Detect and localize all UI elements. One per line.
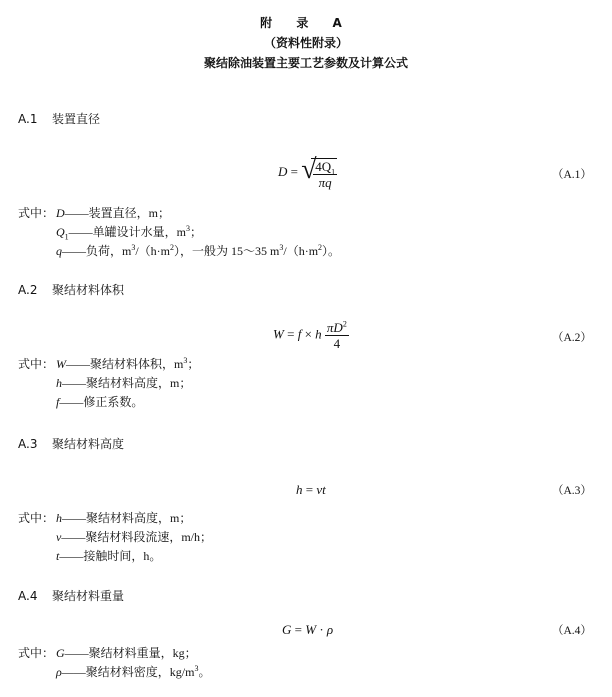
superscript: 2 <box>343 320 347 329</box>
formula-equals: = <box>295 622 302 637</box>
where-label: 式中： <box>18 509 54 528</box>
definition-item: v——聚结材料段流速，m/h； <box>56 528 212 547</box>
formula-term: f <box>298 326 302 341</box>
equation-number: （A.4） <box>552 622 592 638</box>
section-number: A.1 <box>18 112 52 126</box>
definition-item: f——修正系数。 <box>56 393 143 412</box>
section-title: 聚结材料体积 <box>52 283 124 297</box>
formula-equals: = <box>291 164 298 179</box>
definitions-a4: 式中： G——聚结材料重量，kg； ρ——聚结材料密度，kg/m3。 <box>18 644 598 686</box>
where-label: 式中： <box>18 644 54 663</box>
formula-equals: = <box>287 326 294 341</box>
definition-item: W——聚结材料体积，m3； <box>56 355 199 374</box>
definition-item: t——接触时间，h。 <box>56 547 161 566</box>
formula-a2: W = f × h πD2 4 <box>273 320 349 351</box>
radical-sign: √ <box>301 154 316 186</box>
section-heading-a1: A.1装置直径 <box>18 110 100 127</box>
formula-a4: G = W · ρ <box>282 622 333 638</box>
equation-number: （A.3） <box>552 482 592 498</box>
definition-item: q——负荷，m3/（h·m2），一般为 15～35 m3/（h·m2）。 <box>56 242 340 261</box>
section-number: A.3 <box>18 437 52 451</box>
definitions-a2: 式中： W——聚结材料体积，m3； h——聚结材料高度，m； f——修正系数。 <box>18 355 598 415</box>
appendix-heading: 附 录 A <box>0 14 612 31</box>
where-label: 式中： <box>18 204 54 223</box>
section-title: 聚结材料高度 <box>52 437 124 451</box>
formula-term: W <box>305 622 316 637</box>
section-number: A.2 <box>18 283 52 297</box>
appendix-title: 聚结除油装置主要工艺参数及计算公式 <box>0 54 612 71</box>
definition-item: h——聚结材料高度，m； <box>56 374 191 393</box>
section-heading-a4: A.4聚结材料重量 <box>18 587 124 604</box>
formula-equals: = <box>306 482 313 497</box>
section-heading-a3: A.3聚结材料高度 <box>18 435 124 452</box>
numerator: πD <box>327 320 343 335</box>
section-title: 聚结材料重量 <box>52 589 124 603</box>
dot-operator: · <box>319 622 323 637</box>
definition-item: D——装置直径，m； <box>56 204 170 223</box>
formula-term: h <box>315 326 322 341</box>
formula-lhs: W <box>273 326 284 341</box>
fraction: πD2 4 <box>325 320 349 351</box>
times-sign: × <box>305 326 312 341</box>
formula-a3: h = vt <box>296 482 326 498</box>
definition-item: Q1——单罐设计水量，m3； <box>56 223 202 242</box>
equation-number: （A.1） <box>552 166 592 182</box>
denominator: 4 <box>325 336 349 351</box>
section-title: 装置直径 <box>52 112 100 126</box>
where-label: 式中： <box>18 355 54 374</box>
definition-item: G——聚结材料重量，kg； <box>56 644 197 663</box>
formula-lhs: G <box>282 622 291 637</box>
definition-item: h——聚结材料高度，m； <box>56 509 191 528</box>
square-root: √ 4Q1 πq <box>301 156 337 190</box>
section-heading-a2: A.2聚结材料体积 <box>18 281 124 298</box>
formula-a1: D = √ 4Q1 πq <box>278 156 337 190</box>
definitions-a3: 式中： h——聚结材料高度，m； v——聚结材料段流速，m/h； t——接触时间… <box>18 509 598 569</box>
formula-lhs: D <box>278 164 287 179</box>
section-number: A.4 <box>18 589 52 603</box>
formula-rhs: vt <box>316 482 325 497</box>
equation-number: （A.2） <box>552 329 592 345</box>
formula-term: ρ <box>327 622 333 637</box>
definitions-a1: 式中： D——装置直径，m； Q1——单罐设计水量，m3； q——负荷，m3/（… <box>18 204 598 264</box>
numerator: 4Q <box>315 159 331 174</box>
definition-item: ρ——聚结材料密度，kg/m3。 <box>56 663 210 682</box>
formula-lhs: h <box>296 482 303 497</box>
appendix-type: （资料性附录） <box>0 34 612 51</box>
